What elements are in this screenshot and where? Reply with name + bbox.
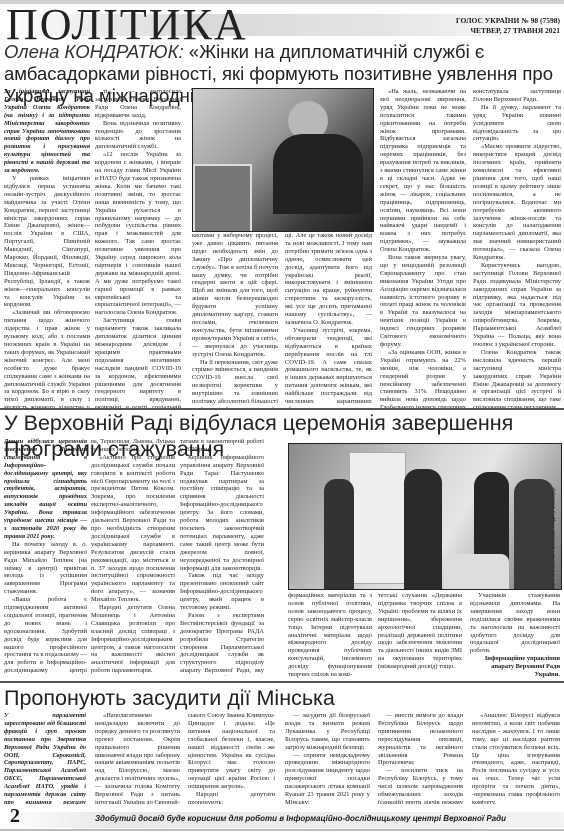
- article2-column-2: ва, Тернополя, Львова, Луцька та інших р…: [91, 438, 175, 676]
- paragraph: Вона також звернула увагу, що у нещоданн…: [380, 254, 466, 349]
- photo-person-1: [324, 479, 354, 589]
- paragraph: Вона відзначила позитивну тенденцію до з…: [95, 120, 181, 152]
- paragraph: Президент Фонду Східна Європа Віктор Лях…: [91, 675, 175, 676]
- photo-person-4: [514, 479, 554, 589]
- paragraph: «12 послів України за кордоном є жінками…: [95, 151, 181, 317]
- article2-photo: [288, 443, 562, 590]
- paragraph: Учасників стажування відзначили дипломам…: [470, 592, 560, 655]
- article2-column-4: формаційних матеріалів та з основ публіч…: [288, 592, 372, 678]
- paragraph: «За оцінками ООН, жінки в Україні отриму…: [380, 349, 466, 408]
- issue-number: ГОЛОС УКРАЇНИ № 98 (7598): [456, 16, 560, 26]
- paragraph: тетські слухання «Державна підтримка тво…: [378, 592, 462, 671]
- issue-info: ГОЛОС УКРАЇНИ № 98 (7598) ЧЕТВЕР, 27 ТРА…: [456, 16, 560, 36]
- article2-column-3: татами в законотворчій роботі у 2020 роц…: [180, 438, 264, 676]
- paragraph: «На жаль, незважаючи на мої неодноразові…: [380, 88, 466, 254]
- paragraph: «Зазвичай ми обговорюємо питання щодо жі…: [4, 309, 90, 408]
- paragraph: Народні депутати Олена Мошенець і Антоні…: [91, 604, 175, 675]
- article1-column-3: квотами у виборчому процесі, уже давно ц…: [192, 232, 278, 408]
- section-divider: [0, 681, 564, 683]
- article1-column-5: «На жаль, незважаючи на мої неодноразові…: [380, 88, 466, 408]
- article1-author: Олена КОНДРАТЮК:: [4, 41, 184, 62]
- paragraph: ва, Тернополя, Львова, Луцька та інших р…: [91, 438, 175, 454]
- photo-monitor: [193, 164, 252, 232]
- paragraph: Заступниця глави парламенту також заклик…: [95, 317, 181, 408]
- paragraph: На її переконання, світ дуже стрімко змі…: [192, 359, 278, 409]
- info-department-signature: Інформаційне управління апарату Верховно…: [470, 655, 560, 678]
- page-number: 2: [10, 805, 20, 828]
- paragraph: Учасниці зустрічі, зокрема, обговорили т…: [285, 327, 372, 408]
- bottom-rule: [0, 829, 564, 831]
- paragraph: — засудити дії білоруської влади та визн…: [285, 712, 370, 752]
- article3-column-5: — внести вимоги до влади Республіки Біло…: [378, 712, 463, 804]
- article2-lead: Днями відбулася церемонія завершення Про…: [4, 438, 87, 541]
- masthead: ПОЛІТИКА ГОЛОС УКРАЇНИ № 98 (7598) ЧЕТВЕ…: [0, 0, 564, 42]
- paragraph: квотами у виборчому процесі, уже давно ц…: [192, 232, 278, 359]
- paragraph: — посилити тиск на Республіку Білорусь, …: [378, 767, 463, 804]
- paragraph: Олена Кондратюк також висловила вдячніст…: [473, 349, 561, 408]
- article3-column-2: «Наполягатимемо невідкладно включити до …: [95, 712, 180, 804]
- paragraph: «Маємо проявити лідерство, використати к…: [473, 143, 561, 262]
- paragraph: Також під час заходу презентовано оновле…: [180, 572, 264, 612]
- paragraph: У рамках ініціативи відбулася перша уста…: [4, 175, 90, 309]
- paragraph: констатувала заступниця Голови Верховної…: [473, 88, 561, 104]
- article3-headline: Пропонують засудити дії Мінська: [4, 685, 335, 711]
- article1-column-4: щі. Але це також новий досвід та нові мо…: [285, 232, 372, 408]
- footer-tagline: Здобутий досвід буде корисним для роботи…: [95, 814, 506, 823]
- article1-column-1: За ініціативи заступниці Голови Верховно…: [4, 88, 90, 408]
- paragraph: щі. Але це також новий досвід та нові мо…: [285, 232, 372, 327]
- paragraph: На початку заходу в. о. керівника апарат…: [4, 541, 87, 596]
- paragraph: «Активно про створення дослідницької слу…: [91, 454, 175, 604]
- photo-chair: [444, 554, 509, 589]
- paragraph: «Наполягатимемо невідкладно включити до …: [95, 712, 180, 804]
- article3-column-1: У парламенті зареєстровано від більшості…: [4, 712, 86, 804]
- photo-figure-body: [273, 134, 363, 214]
- article1-photo: [192, 88, 374, 232]
- article2-column-1: Днями відбулася церемонія завершення Про…: [4, 438, 87, 676]
- paragraph: татами в законотворчій роботі у 2020 роц…: [180, 438, 264, 454]
- paragraph: формаційних матеріалів та з основ публіч…: [288, 592, 372, 678]
- paragraph: ті», — наголосила заступниця Голови Верх…: [95, 88, 181, 120]
- article2-photo-credit: Фото зі сторінки Програми РАДА у Фейсбуц…: [551, 440, 561, 590]
- issue-date: ЧЕТВЕР, 27 ТРАВНЯ 2021: [456, 26, 560, 36]
- paragraph: — сприяти невідкладному проведенню міжна…: [285, 752, 370, 804]
- article1-lead: За ініціативи заступниці Голови Верховно…: [4, 88, 90, 175]
- article1-column-2: ті», — наголосила заступниця Голови Верх…: [95, 88, 181, 408]
- article2-column-6: Учасників стажування відзначили дипломам…: [470, 592, 560, 678]
- photo-person-2: [404, 469, 442, 589]
- paragraph: ського Союзу Іванна Климпуш-Цинцадзе і д…: [188, 712, 275, 791]
- paragraph: На її думку, парламент та уряд України п…: [473, 104, 561, 144]
- paragraph: Народні депутати пропонують:: [188, 791, 275, 804]
- article3-lead: У парламенті зареєстровано від більшості…: [4, 712, 86, 804]
- paragraph: «Ваша робота є підтвердженням активної с…: [4, 596, 87, 676]
- photo-banner: [349, 452, 406, 584]
- article3-column-6: «Аншлюс Білорусі відбувся непомітно, а к…: [472, 712, 560, 804]
- paragraph: — внести вимоги до влади Республіки Біло…: [378, 712, 463, 767]
- article1-column-6: констатувала заступниця Голови Верховної…: [473, 88, 561, 408]
- paragraph: Керівник інформаційного управління апара…: [180, 454, 264, 573]
- article3-column-3: ського Союзу Іванна Климпуш-Цинцадзе і д…: [188, 712, 275, 804]
- paragraph: Користуючись нагодою, заступниця Голови …: [473, 262, 561, 349]
- article2-column-5: тетські слухання «Державна підтримка тво…: [378, 592, 462, 678]
- paragraph: «Аншлюс Білорусі відбувся непомітно, а к…: [472, 712, 560, 804]
- article3-column-4: — засудити дії білоруської влади та визн…: [285, 712, 370, 804]
- section-title: ПОЛІТИКА: [6, 4, 248, 46]
- paragraph: Разом з експертами Вестмінстерської фунд…: [180, 612, 264, 676]
